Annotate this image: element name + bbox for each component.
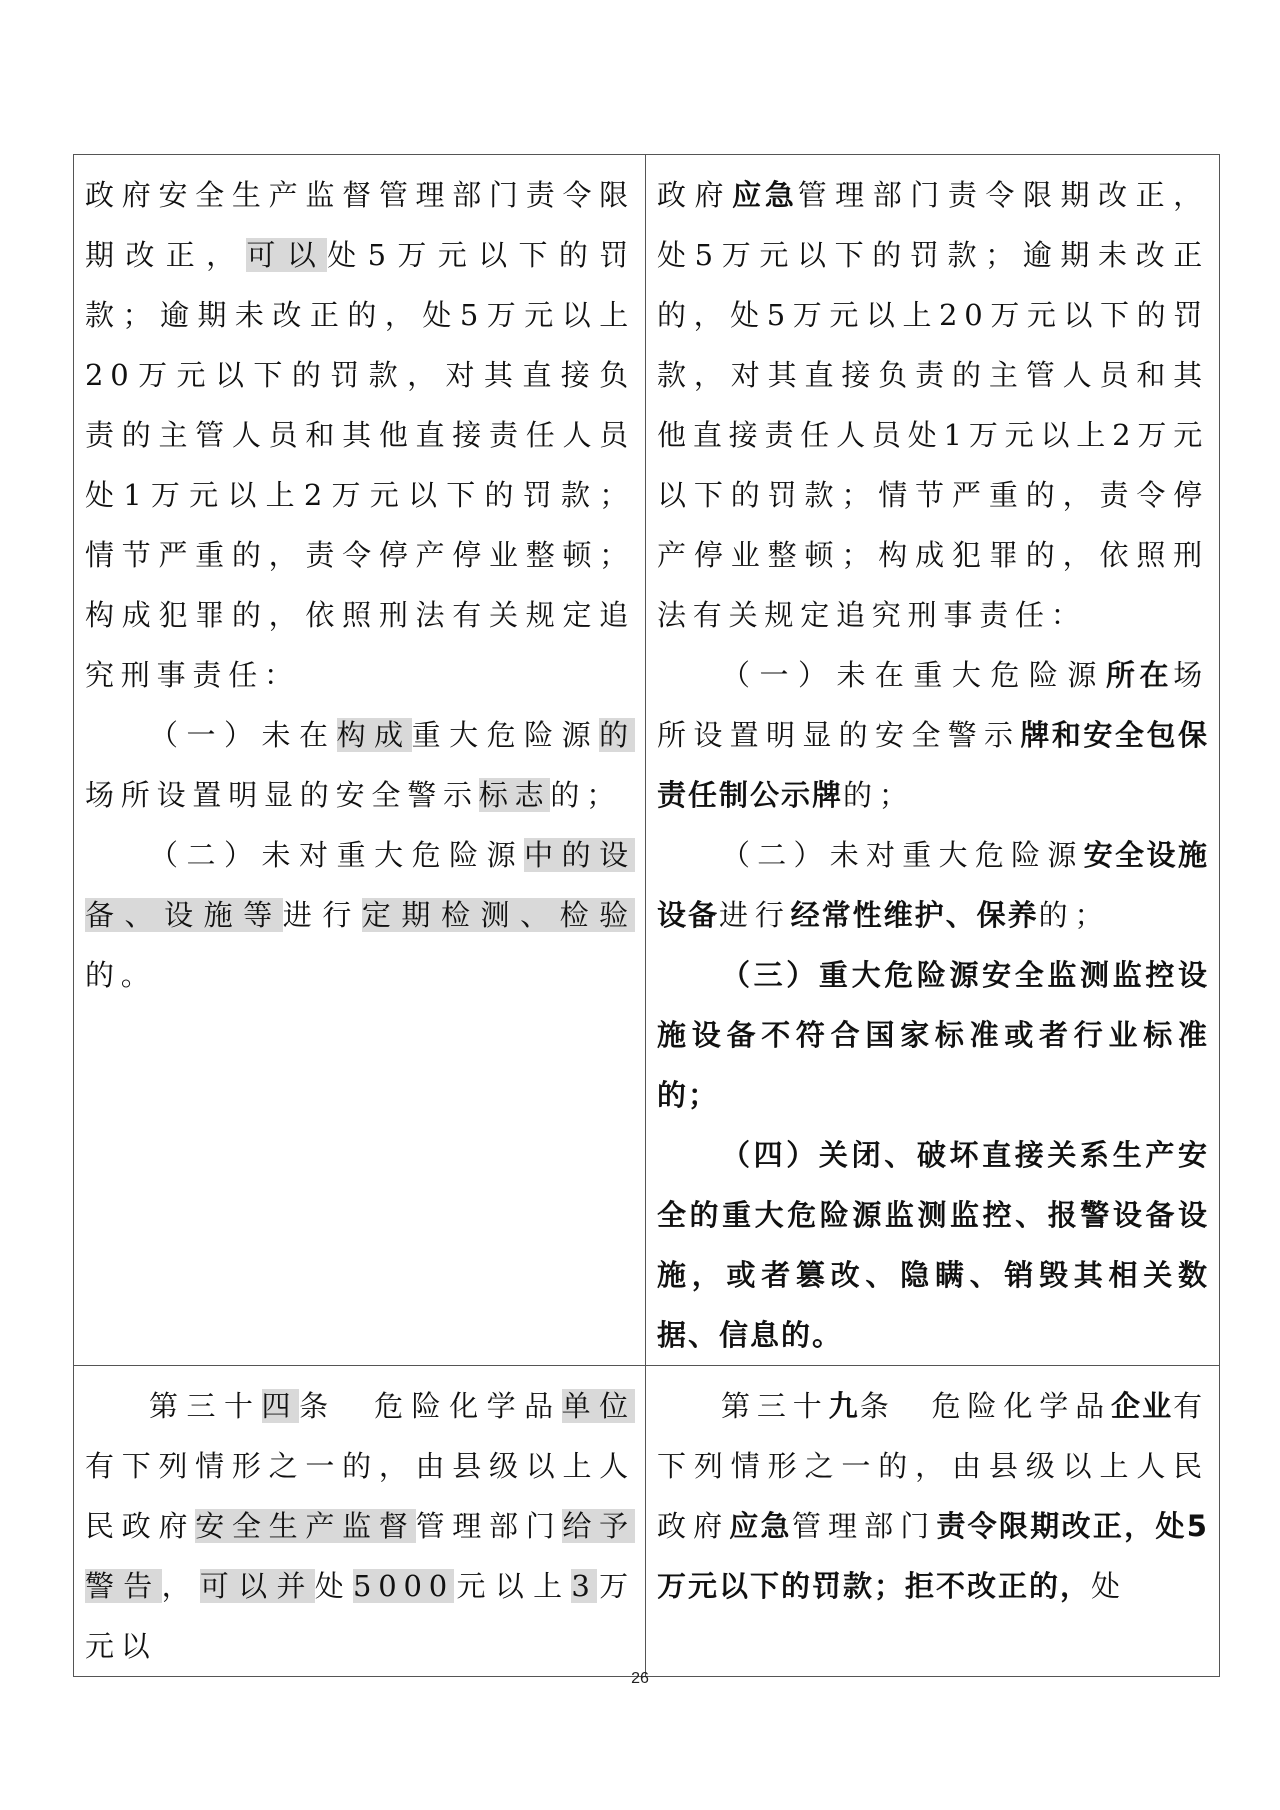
provision-paragraph: （四）关闭、破坏直接关系生产安全的重大危险源监测监控、报警设备设施，或者篡改、隐…: [657, 1125, 1209, 1365]
text-segment: 第三十: [721, 1389, 829, 1423]
text-segment: 元以上: [454, 1569, 571, 1603]
provision-paragraph: （二）未对重大危险源安全设施设备进行经常性维护、保养的；: [657, 825, 1209, 945]
comparison-table: 政府安全生产监督管理部门责令限期改正，可以处5万元以下的罚款；逾期未改正的，处5…: [73, 154, 1220, 1677]
text-segment: 条 危险化学品: [860, 1389, 1111, 1423]
provision-paragraph: 政府安全生产监督管理部门责令限期改正，可以处5万元以下的罚款；逾期未改正的，处5…: [85, 165, 635, 705]
page-number: 26: [0, 1670, 1280, 1688]
provision-paragraph: 第三十四条 危险化学品单位有下列情形之一的，由县级以上人民政府安全生产监督管理部…: [85, 1376, 635, 1676]
text-segment: ，: [162, 1569, 200, 1603]
provision-paragraph: （三）重大危险源安全监测监控设施设备不符合国家标准或者行业标准的；: [657, 945, 1209, 1125]
highlighted-text: 四: [262, 1389, 300, 1423]
bold-revised-text: 经常性维护、保养: [791, 898, 1039, 932]
text-segment: 进行: [283, 898, 362, 932]
text-segment: 场所设置明显的安全警示: [85, 778, 479, 812]
text-segment: 重大危险源: [412, 718, 600, 752]
provision-paragraph: 政府应急管理部门责令限期改正，处5万元以下的罚款；逾期未改正的，处5万元以上20…: [657, 165, 1209, 645]
old-provision-cell: 第三十四条 危险化学品单位有下列情形之一的，由县级以上人民政府安全生产监督管理部…: [74, 1366, 646, 1677]
text-segment: 处: [1091, 1569, 1127, 1603]
text-segment: 第三十: [149, 1389, 262, 1423]
text-segment: （二）未对重大危险源: [149, 838, 524, 872]
old-provision-cell: 政府安全生产监督管理部门责令限期改正，可以处5万元以下的罚款；逾期未改正的，处5…: [74, 155, 646, 1366]
text-segment: （二）未对重大危险源: [721, 838, 1084, 872]
bold-revised-text: （四）关闭、破坏直接关系生产安全的重大危险源监测监控、报警设备设施，或者篡改、隐…: [657, 1138, 1209, 1352]
text-segment: 政府: [657, 178, 732, 212]
bold-revised-text: 应急: [732, 178, 798, 212]
table-row: 政府安全生产监督管理部门责令限期改正，可以处5万元以下的罚款；逾期未改正的，处5…: [74, 155, 1220, 1366]
provision-paragraph: 第三十九条 危险化学品企业有下列情形之一的，由县级以上人民政府应急管理部门责令限…: [657, 1376, 1209, 1616]
provision-paragraph: （一）未在构成重大危险源的场所设置明显的安全警示标志的；: [85, 705, 635, 825]
text-segment: 管理部门: [792, 1509, 936, 1543]
text-segment: 的；: [550, 778, 622, 812]
bold-revised-text: 企业: [1111, 1389, 1173, 1423]
new-provision-cell: 政府应急管理部门责令限期改正，处5万元以下的罚款；逾期未改正的，处5万元以上20…: [646, 155, 1220, 1366]
bold-revised-text: （三）重大危险源安全监测监控设施设备不符合国家标准或者行业标准的；: [657, 958, 1209, 1112]
highlighted-text: 安全生产监督: [195, 1509, 415, 1543]
highlighted-text: 可以: [246, 238, 327, 272]
text-segment: 条 危险化学品: [299, 1389, 562, 1423]
highlighted-text: 构成: [337, 718, 412, 752]
document-page: 政府安全生产监督管理部门责令限期改正，可以处5万元以下的罚款；逾期未改正的，处5…: [0, 0, 1280, 1810]
text-segment: 的；: [843, 778, 915, 812]
highlighted-text: 的: [599, 718, 635, 752]
bold-revised-text: 所在: [1106, 658, 1173, 692]
highlighted-text: 定期检测、检验: [362, 898, 635, 932]
highlighted-text: 可以并: [200, 1569, 315, 1603]
provision-paragraph: （一）未在重大危险源所在场所设置明显的安全警示牌和安全包保责任制公示牌的；: [657, 645, 1209, 825]
provision-paragraph: （二）未对重大危险源中的设备、设施等进行定期检测、检验的。: [85, 825, 635, 1005]
highlighted-text: 3: [571, 1569, 596, 1603]
text-segment: 管理部门: [416, 1509, 563, 1543]
text-segment: 进行: [719, 898, 791, 932]
table-row: 第三十四条 危险化学品单位有下列情形之一的，由县级以上人民政府安全生产监督管理部…: [74, 1366, 1220, 1677]
highlighted-text: 5000: [353, 1569, 454, 1603]
highlighted-text: 单位: [562, 1389, 635, 1423]
new-provision-cell: 第三十九条 危险化学品企业有下列情形之一的，由县级以上人民政府应急管理部门责令限…: [646, 1366, 1220, 1677]
bold-revised-text: 九: [829, 1389, 860, 1423]
text-segment: 的。: [85, 958, 157, 992]
text-segment: 处5万元以下的罚款；逾期未改正的，处5万元以上20万元以下的罚款，对其直接负责的…: [85, 238, 635, 692]
table-body: 政府安全生产监督管理部门责令限期改正，可以处5万元以下的罚款；逾期未改正的，处5…: [74, 155, 1220, 1677]
text-segment: 管理部门责令限期改正，处5万元以下的罚款；逾期未改正的，处5万元以上20万元以下…: [657, 178, 1209, 632]
text-segment: 的；: [1039, 898, 1111, 932]
text-segment: 处: [315, 1569, 353, 1603]
bold-revised-text: 应急: [729, 1509, 792, 1543]
text-segment: （一）未在: [149, 718, 337, 752]
text-segment: （一）未在重大危险源: [721, 658, 1106, 692]
highlighted-text: 标志: [479, 778, 551, 812]
